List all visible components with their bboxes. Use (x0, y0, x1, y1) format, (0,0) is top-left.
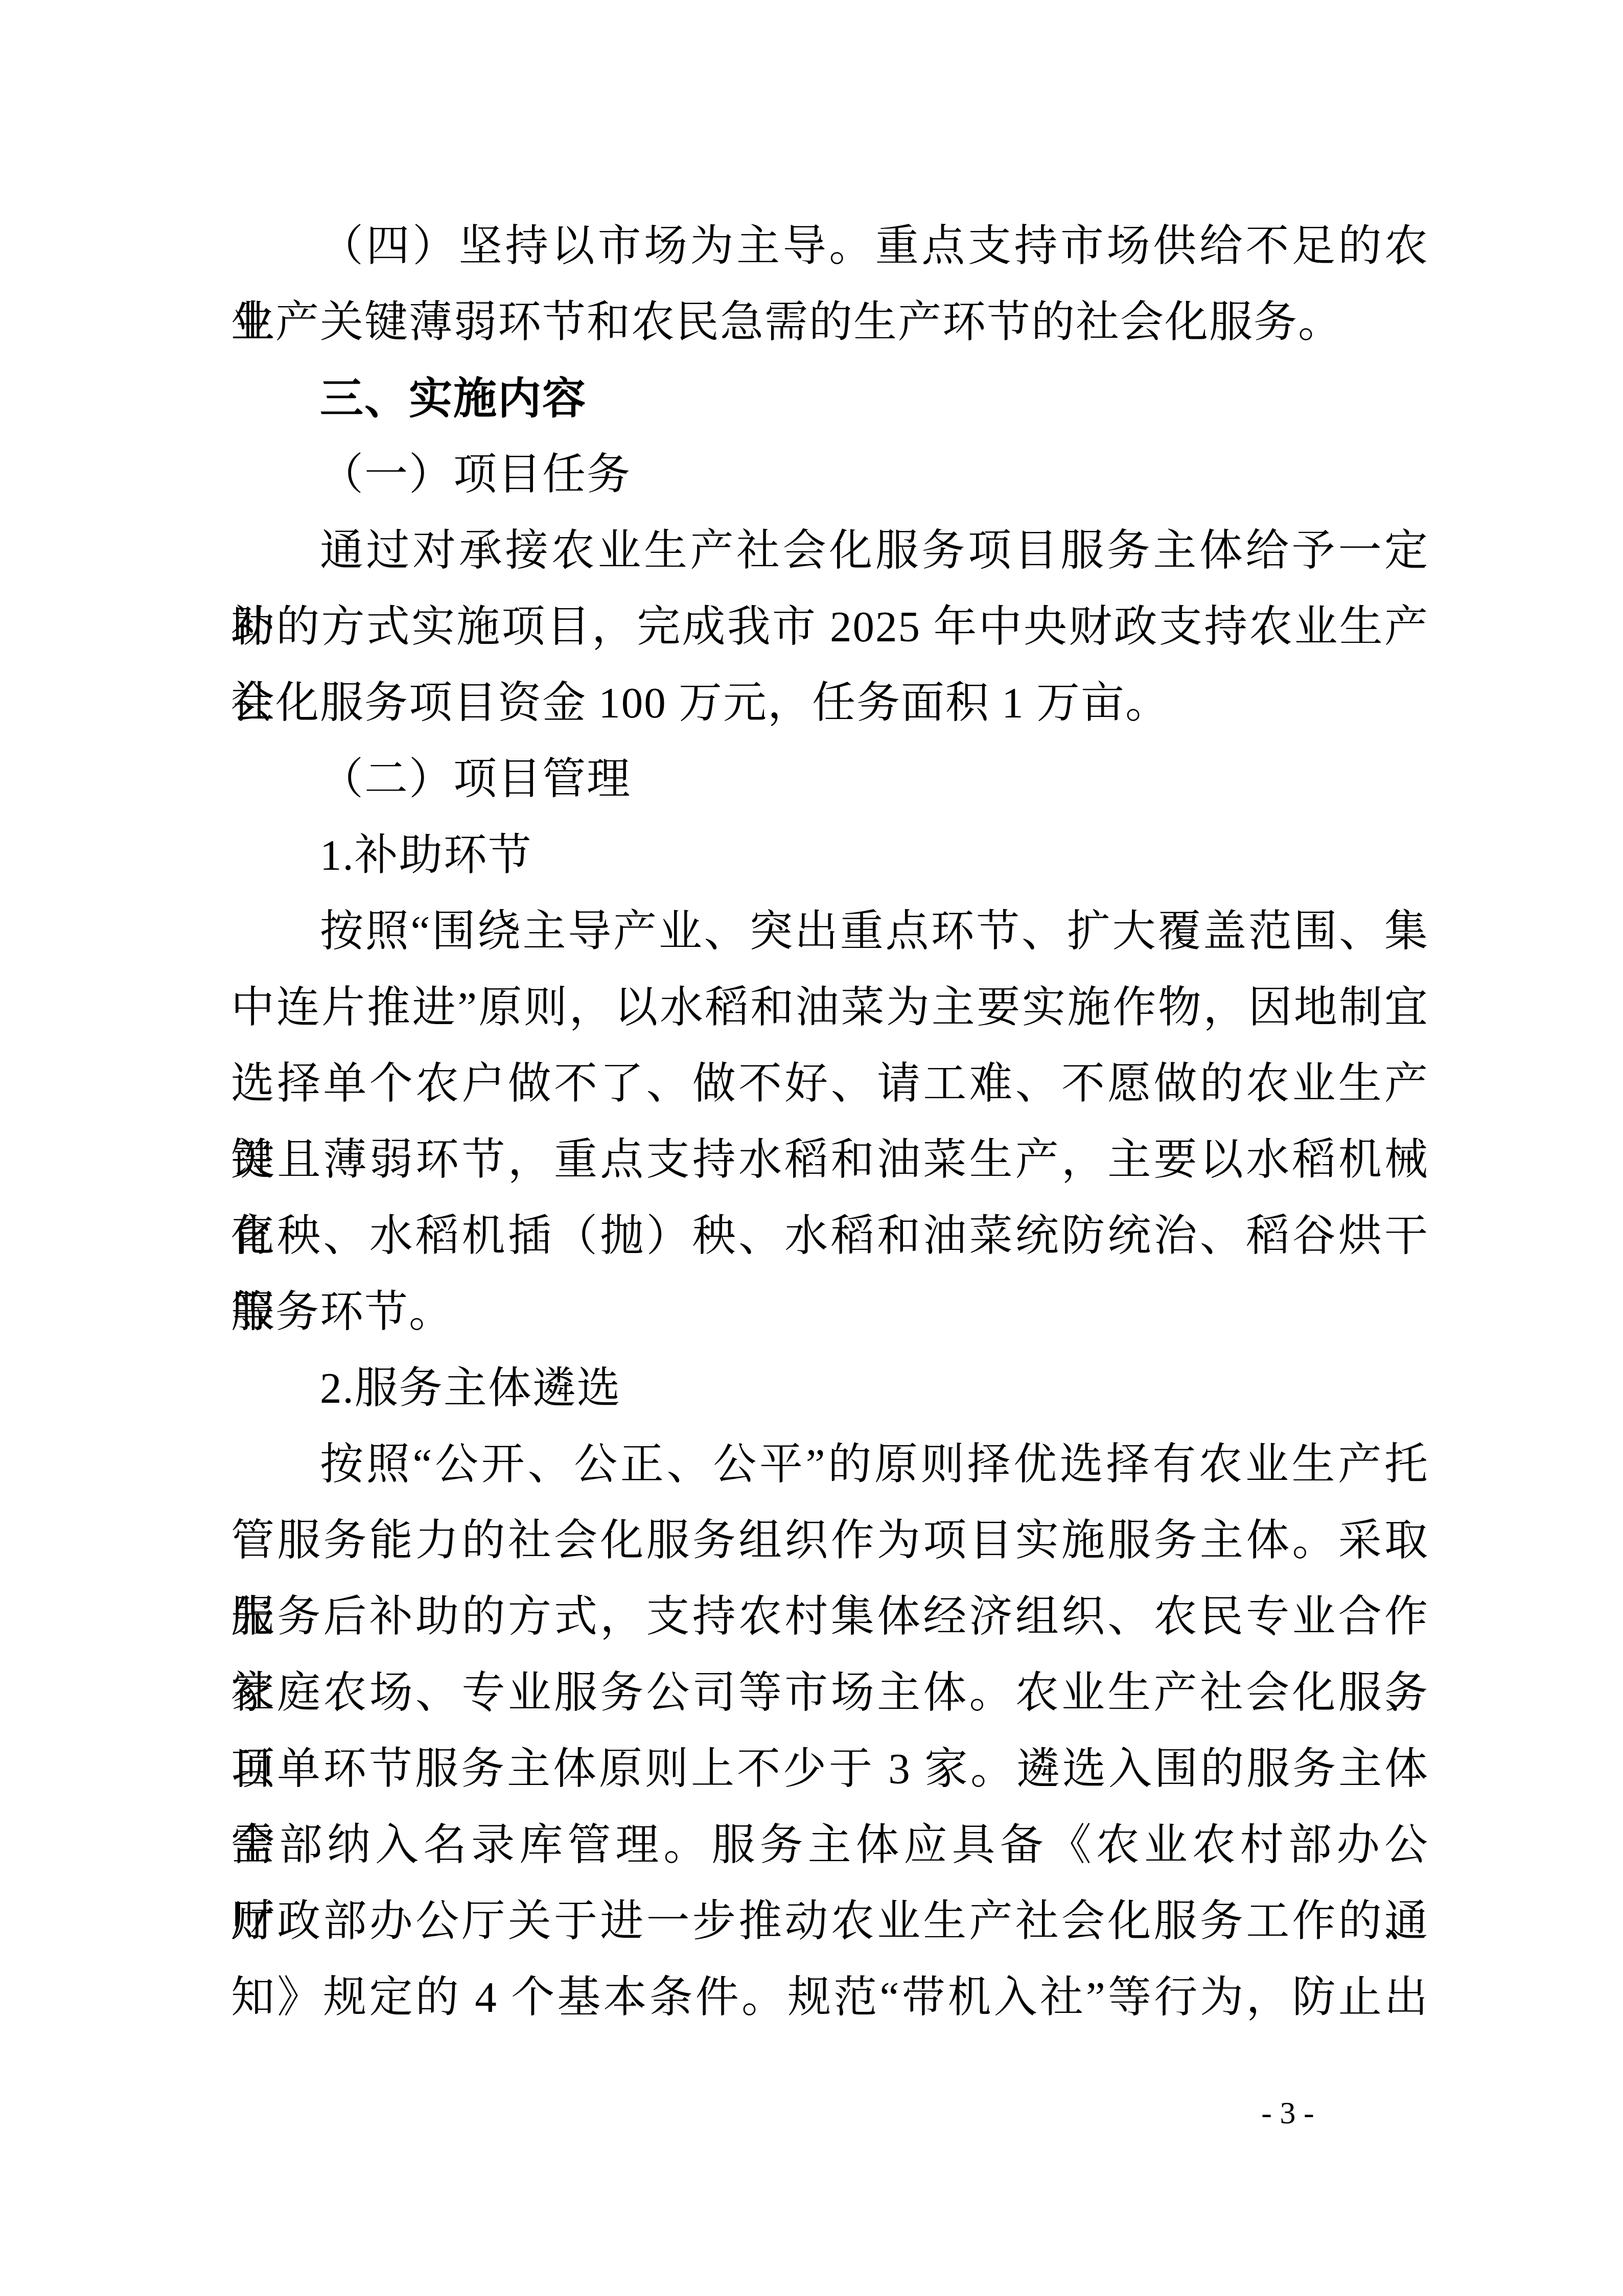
text-line: 三、实施内容 (231, 361, 1429, 437)
text-line: 家庭农场、专业服务公司等市场主体。农业生产社会化服务项 (231, 1655, 1429, 1731)
text-line: 按照“公开、公正、公平”的原则择优选择有农业生产托 (231, 1427, 1429, 1503)
text-line: 育秧、水稻机插（抛）秧、水稻和油菜统防统治、稻谷烘干等 (231, 1198, 1429, 1274)
text-line: 服务环节。 (231, 1274, 1429, 1351)
text-line: 通过对承接农业生产社会化服务项目服务主体给予一定补 (231, 513, 1429, 589)
text-line: 生产关键薄弱环节和农民急需的生产环节的社会化服务。 (231, 285, 1429, 361)
text-line: 知》规定的 4 个基本条件。规范“带机入社”等行为，防止出 (231, 1960, 1429, 2036)
text-line: 2.服务主体遴选 (231, 1351, 1429, 1427)
text-line: （一）项目任务 (231, 437, 1429, 513)
text-block: （四）坚持以市场为主导。重点支持市场供给不足的农业生产关键薄弱环节和农民急需的生… (231, 208, 1429, 2036)
text-line: 全部纳入名录库管理。服务主体应具备《农业农村部办公厅、 (231, 1807, 1429, 1884)
text-line: 按照“围绕主导产业、突出重点环节、扩大覆盖范围、集 (231, 894, 1429, 970)
text-line: 选择单个农户做不了、做不好、请工难、不愿做的农业生产关 (231, 1046, 1429, 1122)
page-number: - 3 - (1232, 2095, 1344, 2131)
text-line: 服务后补助的方式，支持农村集体经济组织、农民专业合作社、 (231, 1579, 1429, 1655)
text-line: 管服务能力的社会化服务组织作为项目实施服务主体。采取先 (231, 1503, 1429, 1579)
text-line: 助的方式实施项目，完成我市 2025 年中央财政支持农业生产社 (231, 589, 1429, 665)
text-line: （四）坚持以市场为主导。重点支持市场供给不足的农业 (231, 208, 1429, 285)
text-line: 中连片推进”原则，以水稻和油菜为主要实施作物，因地制宜 (231, 970, 1429, 1046)
text-line: 1.补助环节 (231, 818, 1429, 894)
text-line: （二）项目管理 (231, 741, 1429, 818)
document-page: （四）坚持以市场为主导。重点支持市场供给不足的农业生产关键薄弱环节和农民急需的生… (0, 0, 1623, 2296)
text-line: 财政部办公厅关于进一步推动农业生产社会化服务工作的通 (231, 1884, 1429, 1960)
text-line: 目单环节服务主体原则上不少于 3 家。遴选入围的服务主体需 (231, 1731, 1429, 1807)
text-line: 会化服务项目资金 100 万元，任务面积 1 万亩。 (231, 665, 1429, 741)
text-line: 键且薄弱环节，重点支持水稻和油菜生产，主要以水稻机械化 (231, 1122, 1429, 1198)
